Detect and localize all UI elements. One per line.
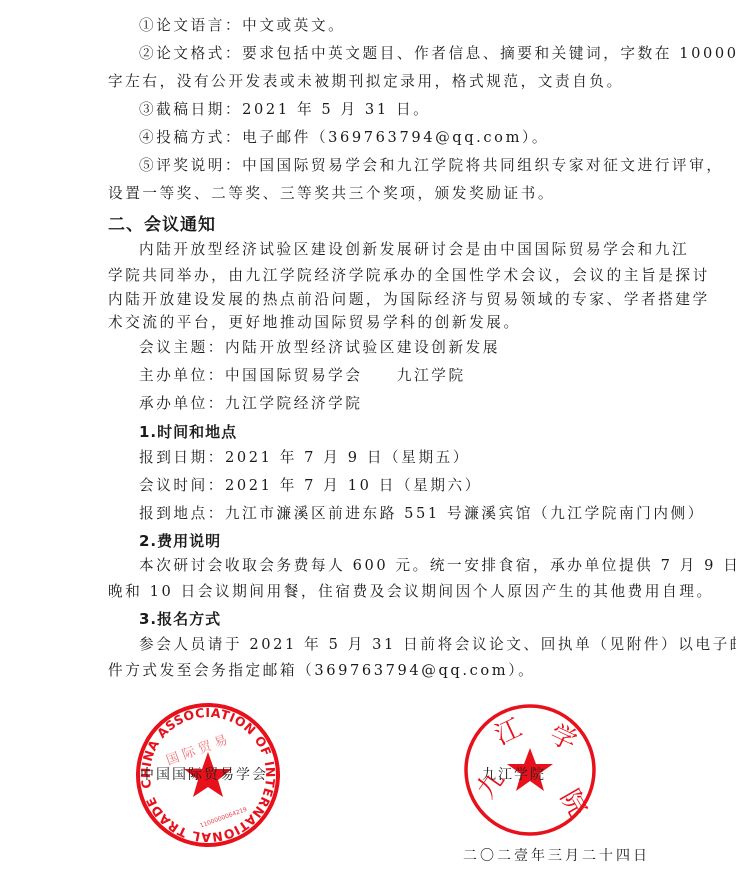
fees-line2: 晚和 10 日会议期间用餐，住宿费及会议期间因个人原因产生的其他费用自理。 xyxy=(108,583,632,601)
registration-line1: 参会人员请于 2021 年 5 月 31 日前将会议论文、回执单（见附件）以电子… xyxy=(139,636,632,654)
seal1-label: 中国国际贸易学会 xyxy=(140,764,268,784)
meeting-time: 会议时间：2021 年 7 月 10 日（星期六） xyxy=(139,477,632,495)
intro-line3: 内陆开放建设发展的热点前沿问题，为国际经济与贸易领域的专家、学者搭建学 xyxy=(108,291,632,309)
intro-line2: 学院共同举办，由九江学院经济学院承办的全国性学术会议，会议的主旨是探讨 xyxy=(108,267,632,285)
document-page: ①论文语言：中文或英文。 ②论文格式：要求包括中英文题目、作者信息、摘要和关键词… xyxy=(0,0,736,873)
item-format-line1: ②论文格式：要求包括中英文题目、作者信息、摘要和关键词，字数在 10000 xyxy=(139,45,632,63)
section-heading-meeting-notice: 二、会议通知 xyxy=(108,210,216,235)
item-award-line2: 设置一等奖、二等奖、三等奖共三个奖项，颁发奖励证书。 xyxy=(108,185,632,203)
subheading-time-place: 1.时间和地点 xyxy=(139,421,237,442)
item-language: ①论文语言：中文或英文。 xyxy=(139,17,632,35)
intro-line1: 内陆开放型经济试验区建设创新发展研讨会是由中国国际贸易学会和九江 xyxy=(139,241,632,259)
item-deadline: ③截稿日期：2021 年 5 月 31 日。 xyxy=(139,101,632,119)
subheading-fees: 2.费用说明 xyxy=(139,530,221,551)
registration-place: 报到地点：九江市濂溪区前进东路 551 号濂溪宾馆（九江学院南门内侧） xyxy=(139,505,632,523)
subheading-registration: 3.报名方式 xyxy=(139,608,221,629)
meeting-theme: 会议主题：内陆开放型经济试验区建设创新发展 xyxy=(139,339,632,357)
meeting-organizer: 承办单位：九江学院经济学院 xyxy=(139,395,632,413)
svg-text:院: 院 xyxy=(554,785,593,823)
registration-line2: 件方式发至会务指定邮箱（369763794@qq.com）。 xyxy=(108,662,632,680)
seal2-label: 九江学院 xyxy=(482,764,546,784)
svg-text:江: 江 xyxy=(490,713,526,751)
fees-line1: 本次研讨会收取会务费每人 600 元。统一安排食宿，承办单位提供 7 月 9 日 xyxy=(139,557,632,575)
intro-line4: 术交流的平台，更好地推动国际贸易学科的创新发展。 xyxy=(108,314,632,332)
signature-date: 二〇二壹年三月二十四日 xyxy=(463,845,650,865)
item-submission: ④投稿方式：电子邮件（369763794@qq.com）。 xyxy=(139,129,632,147)
registration-date: 报到日期：2021 年 7 月 9 日（星期五） xyxy=(139,449,632,467)
meeting-host: 主办单位：中国国际贸易学会 九江学院 xyxy=(139,367,632,385)
item-format-line2: 字左右，没有公开发表或未被期刊拟定录用，格式规范，文责自负。 xyxy=(108,73,632,91)
item-award-line1: ⑤评奖说明：中国国际贸易学会和九江学院将共同组织专家对征文进行评审， xyxy=(139,157,632,175)
